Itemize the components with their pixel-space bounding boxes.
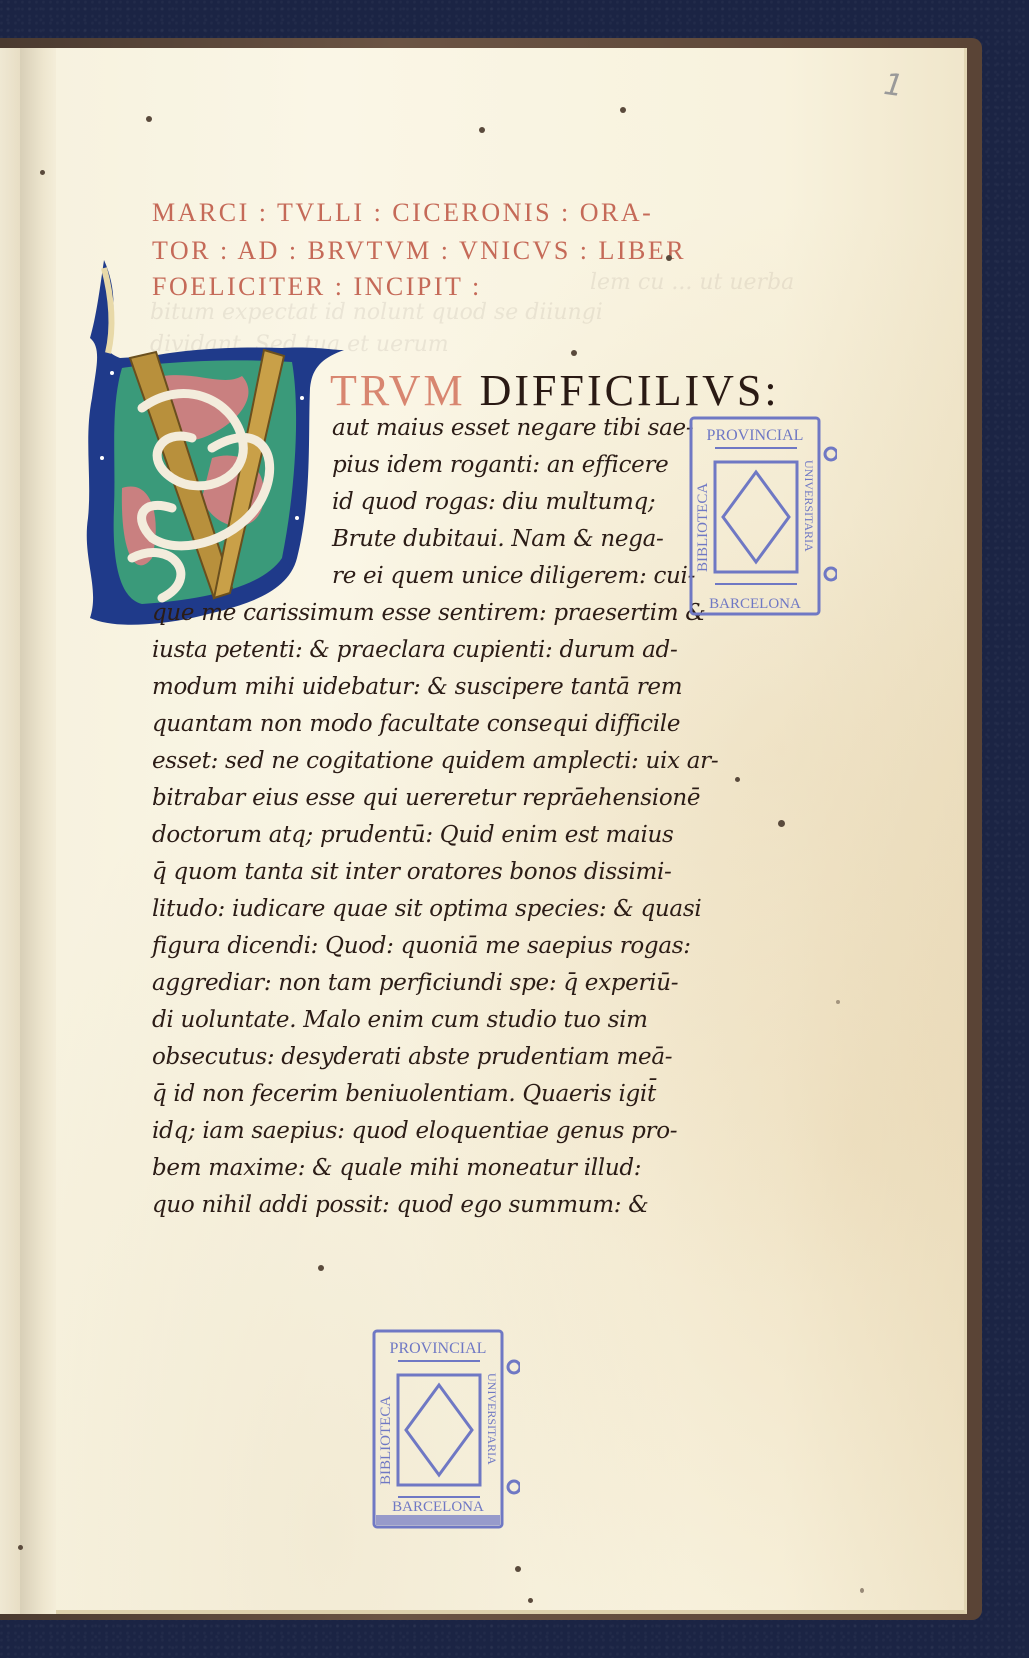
- text-line: q̄ id non fecerim beniuolentiam. Quaeris…: [152, 1081, 656, 1107]
- svg-text:UNIVERSITARIA: UNIVERSITARIA: [802, 460, 816, 552]
- text-line: bem maxime: & quale mihi moneatur illud:: [152, 1155, 641, 1181]
- text-line: figura dicendi: Quod: quoniā me saepius …: [152, 933, 691, 959]
- text-line: litudo: iudicare quae sit optima species…: [152, 896, 701, 922]
- library-stamp: PROVINCIAL BARCELONA BIBLIOTECA UNIVERSI…: [685, 412, 837, 620]
- text-line: aut maius esset negare tibi sae-: [332, 415, 693, 441]
- text-line: que me carissimum esse sentirem: praeser…: [152, 600, 705, 626]
- show-through-text: lem cu ... ut uerba: [590, 270, 794, 295]
- svg-text:PROVINCIAL: PROVINCIAL: [390, 1340, 487, 1357]
- text-line: quantam non modo facultate consequi diff…: [152, 711, 680, 737]
- worm-hole: [735, 777, 740, 782]
- svg-text:BARCELONA: BARCELONA: [709, 596, 801, 612]
- worm-hole: [620, 107, 626, 113]
- text-line: q̄ quom tanta sit inter oratores bonos d…: [152, 859, 672, 885]
- worm-hole: [40, 170, 45, 175]
- incipit-heading: TRVM DIFFICILIVS:: [330, 365, 780, 416]
- text-line: bitrabar eius esse qui uereretur reprāeh…: [152, 785, 700, 811]
- worm-hole: [318, 1265, 324, 1271]
- initial-v-icon: [82, 258, 352, 630]
- text-line: re ei quem unice diligerem: cui-: [332, 563, 695, 589]
- svg-text:BARCELONA: BARCELONA: [392, 1499, 484, 1515]
- rubric-line-1: MARCI : TVLLI : CICERONIS : ORA-: [152, 198, 653, 228]
- svg-text:UNIVERSITARIA: UNIVERSITARIA: [485, 1373, 499, 1465]
- text-line: obsecutus: desyderati abste prudentiam m…: [152, 1044, 672, 1070]
- text-line: quo nihil addi possit: quod ego summum: …: [152, 1192, 648, 1218]
- svg-text:PROVINCIAL: PROVINCIAL: [707, 427, 804, 444]
- worm-hole: [836, 1000, 840, 1004]
- text-line: idq; iam saepius: quod eloquentiae genus…: [152, 1118, 677, 1144]
- svg-text:BIBLIOTECA: BIBLIOTECA: [695, 483, 711, 572]
- worm-hole: [778, 820, 785, 827]
- text-line: Brute dubitaui. Nam & nega-: [332, 526, 664, 552]
- stamp-icon: PROVINCIAL BARCELONA BIBLIOTECA UNIVERSI…: [685, 412, 837, 620]
- text-line: esset: sed ne cogitatione quidem amplect…: [152, 748, 718, 774]
- incipit-part-1: TRVM: [330, 366, 466, 415]
- worm-hole: [528, 1598, 533, 1603]
- stamp-icon: PROVINCIAL BARCELONA BIBLIOTECA UNIVERSI…: [368, 1325, 520, 1533]
- illuminated-initial-v: [82, 258, 352, 630]
- worm-hole: [479, 127, 485, 133]
- worm-hole: [860, 1588, 864, 1593]
- text-line: iusta petenti: & praeclara cupienti: dur…: [152, 637, 677, 663]
- text-line: id quod rogas: diu multumq;: [332, 489, 655, 515]
- text-line: di uoluntate. Malo enim cum studio tuo s…: [152, 1007, 648, 1033]
- worm-hole: [666, 255, 672, 261]
- text-line: modum mihi uidebatur: & suscipere tantā …: [152, 674, 682, 700]
- page-gutter: [20, 48, 60, 1614]
- worm-hole: [18, 1545, 23, 1550]
- svg-text:BIBLIOTECA: BIBLIOTECA: [378, 1396, 394, 1485]
- library-stamp: PROVINCIAL BARCELONA BIBLIOTECA UNIVERSI…: [368, 1325, 520, 1533]
- worm-hole: [571, 350, 577, 356]
- worm-hole: [515, 1566, 521, 1572]
- incipit-part-2: DIFFICILIVS:: [480, 366, 780, 415]
- text-line: pius idem roganti: an efficere: [332, 452, 669, 478]
- text-line: doctorum atq; prudentū: Quid enim est ma…: [152, 822, 674, 848]
- text-line: aggrediar: non tam perficiundi spe: q̄ e…: [152, 970, 678, 996]
- worm-hole: [146, 116, 152, 122]
